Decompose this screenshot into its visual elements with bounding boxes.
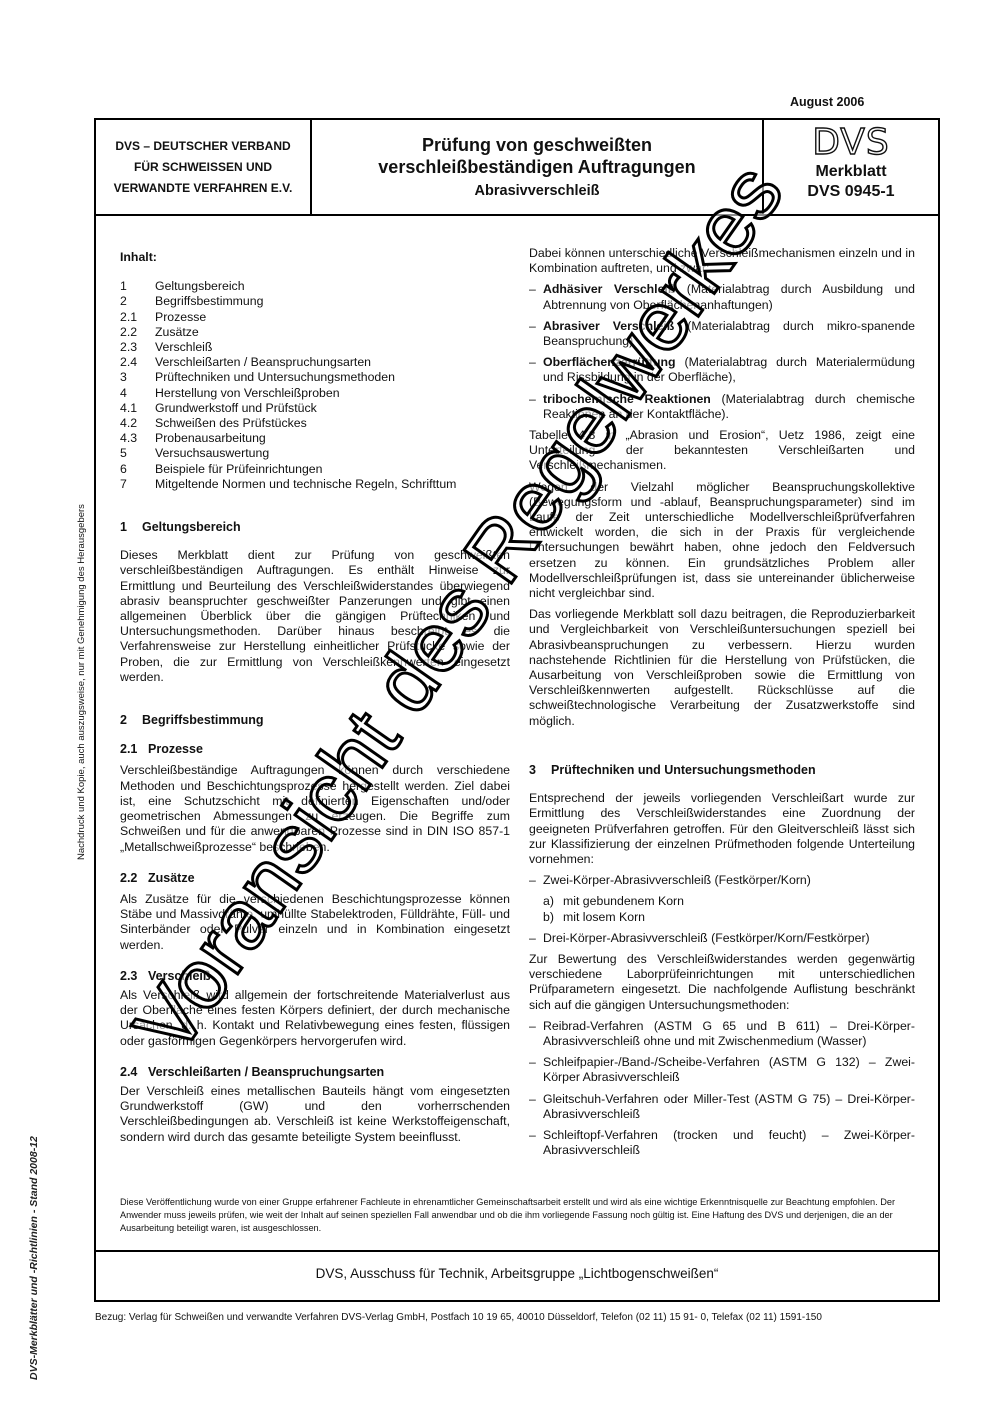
toc-item-number: 2.4 [120, 355, 155, 370]
toc-item-number: 7 [120, 477, 155, 492]
toc-item-label: Verschleiß [155, 340, 212, 355]
document-subtitle: Abrasivverschleiß [312, 183, 762, 199]
edition-side-note: DVS-Merkblätter und -Richtlinien - Stand… [28, 1136, 40, 1380]
document-body: Inhalt: 1Geltungsbereich2Begriffsbestimm… [96, 216, 938, 1186]
toc-item: 4Herstellung von Verschleißproben [120, 386, 510, 401]
toc-item-label: Begriffsbestimmung [155, 294, 263, 309]
toc-item-number: 5 [120, 446, 155, 461]
subsection-heading: 2.2Zusätze [120, 871, 510, 886]
toc-item: 2.3Verschleiß [120, 340, 510, 355]
organization-line: VERWANDTE VERFAHREN E.V. [114, 178, 293, 199]
copyright-side-note: Nachdruck und Kopie, auch auszugsweise, … [76, 504, 87, 860]
toc-item-label: Mitgeltende Normen und technische Regeln… [155, 477, 456, 492]
toc-item-label: Grundwerkstoff und Prüfstück [155, 401, 317, 416]
list-item: –Zwei-Körper-Abrasivverschleiß (Festkörp… [529, 873, 915, 888]
toc-item-label: Verschleißarten / Beanspruchungsarten [155, 355, 371, 370]
toc-item-number: 3 [120, 370, 155, 385]
section-heading: 1Geltungsbereich [120, 520, 510, 535]
supply-info: Bezug: Verlag für Schweißen und verwandt… [95, 1312, 822, 1323]
toc-item-number: 4 [120, 386, 155, 401]
toc-item-label: Beispiele für Prüfeinrichtungen [155, 462, 322, 477]
toc-item-label: Prozesse [155, 310, 206, 325]
mechanism-name: Oberflächenzerrüttung [543, 355, 676, 369]
document-title-line-2: verschleißbeständigen Auftragungen [312, 156, 762, 178]
left-column: Inhalt: 1Geltungsbereich2Begriffsbestimm… [120, 216, 510, 1145]
toc-item-label: Zusätze [155, 325, 199, 340]
toc-item-label: Schweißen des Prüfstückes [155, 416, 307, 431]
toc-item: 4.1Grundwerkstoff und Prüfstück [120, 401, 510, 416]
toc-item-number: 4.2 [120, 416, 155, 431]
section-text: Als Zusätze für die verschiedenen Beschi… [120, 892, 510, 953]
method-item: –Schleifpapier-/Band-/Scheibe-Verfahren … [529, 1055, 915, 1085]
subsection-heading: 2.3Verschleiß [120, 969, 510, 984]
sublist: a)mit gebundenem Korn b)mit losem Korn [529, 894, 915, 924]
document-frame: DVS – DEUTSCHER VERBAND FÜR SCHWEISSEN U… [94, 118, 940, 1302]
toc-item: 6Beispiele für Prüfeinrichtungen [120, 462, 510, 477]
toc-item-number: 4.1 [120, 401, 155, 416]
organization-line: DVS – DEUTSCHER VERBAND [114, 136, 293, 157]
toc-item-number: 2 [120, 294, 155, 309]
section-text: Verschleißbeständige Auftragungen können… [120, 763, 510, 854]
mechanism-name: Abrasiver Verschleiß [543, 319, 674, 333]
organization-name: DVS – DEUTSCHER VERBAND FÜR SCHWEISSEN U… [96, 120, 312, 214]
method-item: –Gleitschuh-Verfahren oder Miller-Test (… [529, 1092, 915, 1122]
subsection-heading: 2.1Prozesse [120, 742, 510, 757]
toc-item: 3Prüftechniken und Untersuchungsmethoden [120, 370, 510, 385]
mechanisms-intro: Dabei können unterschiedliche Verschleiß… [529, 246, 915, 276]
sublist-item: b)mit losem Korn [529, 910, 915, 925]
toc-title: Inhalt: [120, 250, 510, 265]
toc-item-number: 2.1 [120, 310, 155, 325]
methods-list: –Reibrad-Verfahren (ASTM G 65 und B 611)… [529, 1019, 915, 1159]
section-heading: 3Prüftechniken und Untersuchungsmethoden [529, 763, 915, 778]
sublist-item: a)mit gebundenem Korn [529, 894, 915, 909]
right-column: Dabei können unterschiedliche Verschleiß… [529, 216, 915, 1158]
toc-item: 4.3Probenausarbeitung [120, 431, 510, 446]
paragraph: Das vorliegende Merkblatt soll dazu beit… [529, 607, 915, 729]
toc-item-label: Herstellung von Verschleißproben [155, 386, 340, 401]
method-item: –Schleiftopf-Verfahren (trocken und feuc… [529, 1128, 915, 1158]
document-header: DVS – DEUTSCHER VERBAND FÜR SCHWEISSEN U… [96, 120, 938, 216]
toc-item-number: 1 [120, 279, 155, 294]
table-of-contents: 1Geltungsbereich2Begriffsbestimmung2.1Pr… [120, 279, 510, 492]
toc-item: 7Mitgeltende Normen und technische Regel… [120, 477, 510, 492]
toc-item: 2.1Prozesse [120, 310, 510, 325]
toc-item-number: 2.2 [120, 325, 155, 340]
mechanism-name: tribochemische Reaktionen [543, 392, 711, 406]
paragraph: Wegen der Vielzahl möglicher Beanspruchu… [529, 480, 915, 602]
mechanisms-list: –Adhäsiver Verschleiß (Materialabtrag du… [529, 282, 915, 422]
toc-item-label: Prüftechniken und Untersuchungsmethoden [155, 370, 395, 385]
disclaimer: Diese Veröffentlichung wurde von einer G… [120, 1196, 920, 1235]
mechanism-item: –Adhäsiver Verschleiß (Materialabtrag du… [529, 282, 915, 312]
publication-date: August 2006 [790, 95, 864, 109]
section-text: Zur Bewertung des Verschleißwiderstandes… [529, 952, 915, 1013]
toc-item: 2Begriffsbestimmung [120, 294, 510, 309]
toc-item: 2.4Verschleißarten / Beanspruchungsarten [120, 355, 510, 370]
paragraph: Tabelle 4.8 in „Abrasion und Erosion“, U… [529, 428, 915, 474]
section-text: Der Verschleiß eines metallischen Bautei… [120, 1084, 510, 1145]
toc-item-number: 4.3 [120, 431, 155, 446]
toc-item: 1Geltungsbereich [120, 279, 510, 294]
document-title-line-1: Prüfung von geschweißten [312, 134, 762, 156]
section-text: Als Verschleiß wird allgemein der fortsc… [120, 988, 510, 1049]
organization-line: FÜR SCHWEISSEN UND [114, 157, 293, 178]
logo-block: DVS Merkblatt DVS 0945-1 [764, 120, 938, 214]
toc-item: 4.2Schweißen des Prüfstückes [120, 416, 510, 431]
list-item: –Drei-Körper-Abrasivverschleiß (Festkörp… [529, 931, 915, 946]
document-type: Merkblatt [764, 162, 938, 182]
toc-item: 2.2Zusätze [120, 325, 510, 340]
method-item: –Reibrad-Verfahren (ASTM G 65 und B 611)… [529, 1019, 915, 1049]
committee-credit: DVS, Ausschuss für Technik, Arbeitsgrupp… [96, 1250, 938, 1302]
section-heading: 2Begriffsbestimmung [120, 713, 510, 728]
section-text: Entsprechend der jeweils vorliegenden Ve… [529, 791, 915, 867]
toc-item-number: 6 [120, 462, 155, 477]
section-text: Dieses Merkblatt dient zur Prüfung von g… [120, 548, 510, 685]
toc-item: 5Versuchsauswertung [120, 446, 510, 461]
document-title-block: Prüfung von geschweißten verschleißbestä… [312, 120, 764, 214]
document-number: DVS 0945-1 [764, 182, 938, 202]
mechanism-item: –tribochemische Reaktionen (Materialabtr… [529, 392, 915, 422]
mechanism-item: –Abrasiver Verschleiß (Materialabtrag du… [529, 319, 915, 349]
toc-item-label: Geltungsbereich [155, 279, 245, 294]
mechanism-name: Adhäsiver Verschleiß [543, 282, 675, 296]
mechanism-item: –Oberflächenzerrüttung (Materialabtrag d… [529, 355, 915, 385]
subsection-heading: 2.4Verschleißarten / Beanspruchungsarten [120, 1065, 510, 1080]
toc-item-label: Probenausarbeitung [155, 431, 266, 446]
toc-item-label: Versuchsauswertung [155, 446, 269, 461]
dvs-logo-icon: DVS [764, 124, 938, 162]
toc-item-number: 2.3 [120, 340, 155, 355]
